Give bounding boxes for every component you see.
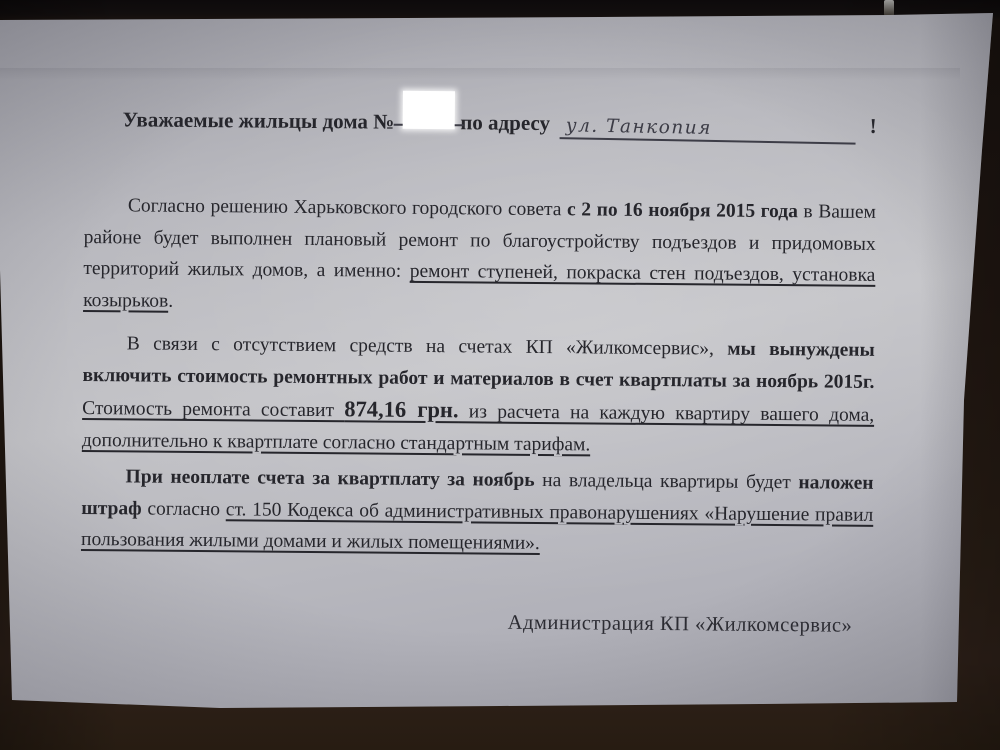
notice-text-segment: Стоимость ремонта составит: [82, 398, 344, 421]
paragraph-penalty-warning: При неоплате счета за квартплату за нояб…: [81, 461, 874, 562]
paragraph-repair-announcement: Согласно решению Харьковского городского…: [83, 190, 876, 323]
notice-text-segment: Согласно решению Харьковского городского…: [128, 195, 567, 220]
redaction-box: [402, 91, 454, 129]
notice-text-segment: на владельца квартиры будет: [535, 470, 799, 493]
photo-of-notice: Уважаемые жильцы дома № по адресу ул. Та…: [0, 0, 1000, 750]
blank-line-mark: [393, 124, 402, 126]
handwritten-address-line: ул. Танкопия: [560, 112, 856, 144]
notice-text-segment: согласно: [142, 498, 226, 520]
pin-mark: [884, 0, 894, 16]
salutation-line: Уважаемые жильцы дома № по адресу ул. Та…: [85, 88, 877, 141]
notice-text-segment: 874,16 грн.: [344, 396, 458, 422]
notice-text-segment: .: [168, 290, 173, 311]
handwritten-address: ул. Танкопия: [560, 115, 712, 139]
signature-line: Администрация КП «Жилкомсервис»: [508, 612, 853, 638]
notice-paper: Уважаемые жильцы дома № по адресу ул. Та…: [0, 0, 1000, 750]
notice-content: Уважаемые жильцы дома № по адресу ул. Та…: [80, 88, 877, 695]
notice-text-segment: При неоплате счета за квартплату за нояб…: [126, 466, 535, 491]
notice-text-segment: В связи с отсутствием средств на счетах …: [127, 333, 728, 359]
salutation-mid-text: по адресу: [460, 110, 550, 136]
paragraph-cost-inclusion: В связи с отсутствием средств на счетах …: [82, 328, 875, 463]
salutation-lead-text: Уважаемые жильцы дома №: [123, 107, 395, 134]
paper-crease: [0, 68, 960, 80]
salutation-exclamation: !: [870, 114, 877, 139]
notice-text-segment: с 2 по 16 ноября 2015 года: [567, 199, 798, 222]
blank-line-mark: [454, 124, 463, 126]
